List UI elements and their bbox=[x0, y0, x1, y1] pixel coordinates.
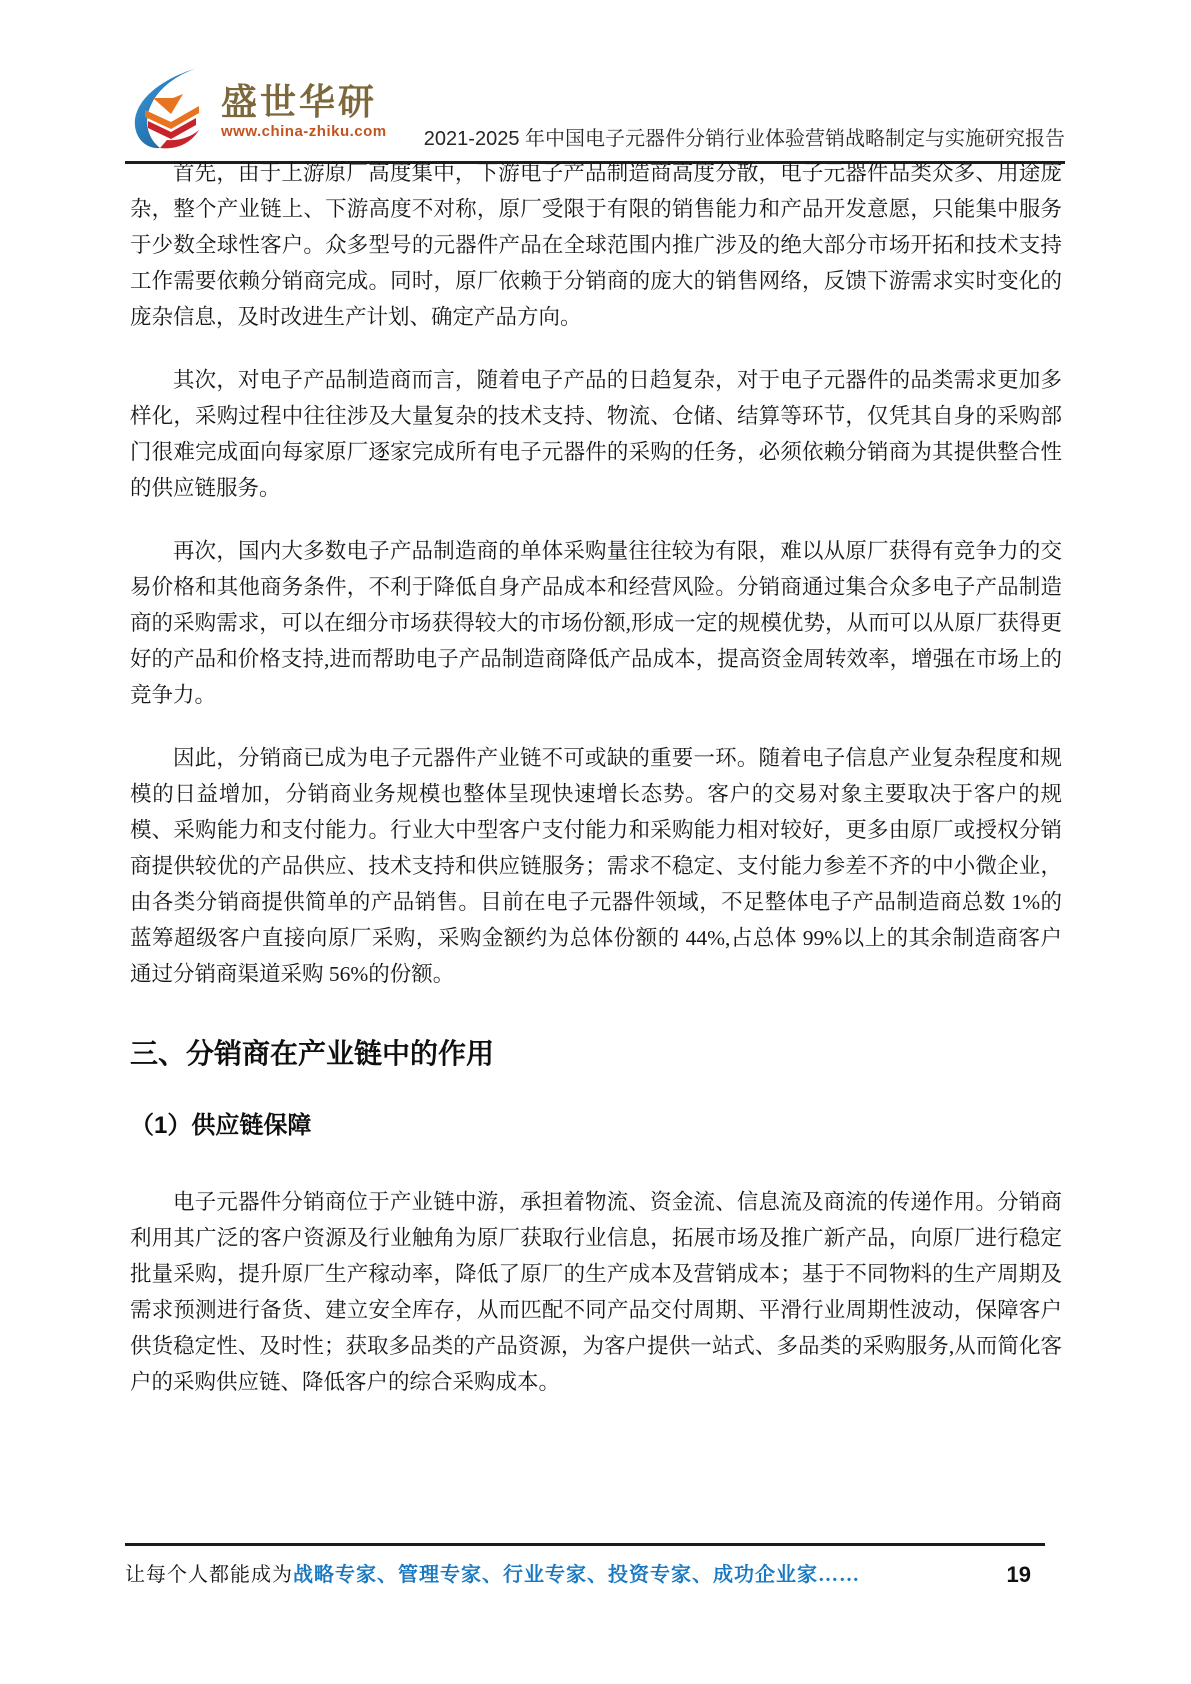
brand-name: 盛世华研 bbox=[221, 83, 387, 121]
page-number: 19 bbox=[1007, 1562, 1045, 1588]
section-heading: 三、分销商在产业链中的作用 bbox=[130, 1034, 1062, 1074]
subsection-heading: （1）供应链保障 bbox=[130, 1108, 1062, 1144]
paragraph-5: 电子元器件分销商位于产业链中游，承担着物流、资金流、信息流及商流的传递作用。分销… bbox=[130, 1184, 1062, 1400]
document-page: 盛世华研 www.china-zhiku.com 2021-2025 年中国电子… bbox=[0, 0, 1191, 1684]
report-title: 2021-2025 年中国电子元器件分销行业体验营销战略制定与实施研究报告 bbox=[424, 122, 1065, 155]
page-footer: 让每个人都能成为战略专家、管理专家、行业专家、投资专家、成功企业家…… 19 bbox=[125, 1543, 1045, 1588]
footer-slogan: 让每个人都能成为战略专家、管理专家、行业专家、投资专家、成功企业家…… bbox=[125, 1562, 860, 1588]
page-header: 盛世华研 www.china-zhiku.com 2021-2025 年中国电子… bbox=[125, 0, 1065, 164]
paragraph-2: 其次，对电子产品制造商而言，随着电子产品的日趋复杂，对于电子元器件的品类需求更加… bbox=[130, 362, 1062, 506]
brand-website: www.china-zhiku.com bbox=[221, 123, 387, 140]
document-body: 首先，由于上游原厂高度集中，下游电子产品制造商高度分散，电子元器件品类众多、用途… bbox=[130, 155, 1062, 1400]
paragraph-1: 首先，由于上游原厂高度集中，下游电子产品制造商高度分散，电子元器件品类众多、用途… bbox=[130, 155, 1062, 335]
logo-text-block: 盛世华研 www.china-zhiku.com bbox=[221, 83, 387, 140]
paragraph-4: 因此，分销商已成为电子元器件产业链不可或缺的重要一环。随着电子信息产业复杂程度和… bbox=[130, 740, 1062, 992]
footer-slogan-highlight: 战略专家、管理专家、行业专家、投资专家、成功企业家…… bbox=[293, 1564, 860, 1586]
company-logo: 盛世华研 www.china-zhiku.com bbox=[125, 68, 387, 155]
footer-slogan-prefix: 让每个人都能成为 bbox=[125, 1564, 293, 1586]
paragraph-3: 再次，国内大多数电子产品制造商的单体采购量往往较为有限，难以从原厂获得有竞争力的… bbox=[130, 533, 1062, 713]
logo-book-swoosh-icon bbox=[125, 68, 211, 155]
